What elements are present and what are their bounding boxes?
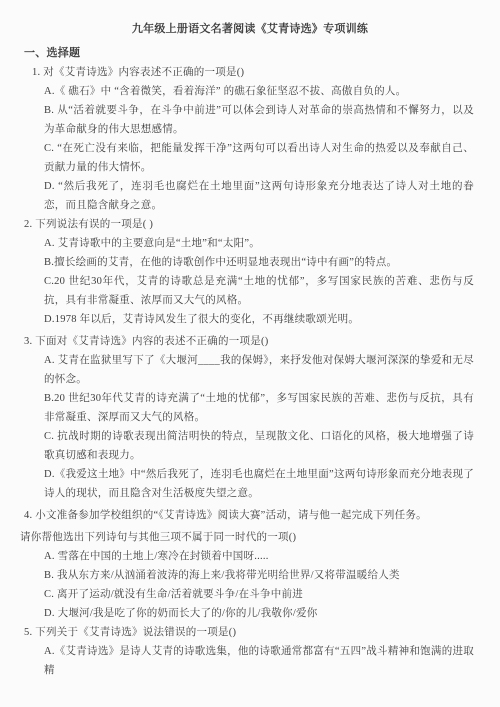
question-4-option-a: A. 雪落在中国的土地上/寒冷在封锁着中国呀..... <box>44 547 474 566</box>
document-page: 九年级上册语文名著阅读《艾青诗选》专项训练 一、选择题 1. 对《艾青诗选》内容… <box>0 0 500 707</box>
question-3-option-a: A. 艾青在监狱里写下了《大堰河____我的保姆》，来抒发他对保姆大堰河深深的挚… <box>44 351 474 389</box>
question-4-option-c: C. 离开了运动/就没有生命/活着就要斗争/在斗争中前进 <box>44 585 474 604</box>
section-header: 一、选择题 <box>24 44 500 63</box>
question-4-option-b: B. 我从东方来/从汹涌着波涛的海上来/我将带光明给世界/又将带温暖给人类 <box>44 566 474 585</box>
question-5-stem: 5. 下列关于《艾青诗选》说法错误的一项是() <box>24 623 480 642</box>
question-2-option-b: B.擅长绘画的艾青，在他的诗歌创作中还明显地表现出“诗中有画”的特点。 <box>44 253 474 272</box>
question-3: 3. 下面对《艾青诗选》内容的表述不正确的一项是() A. 艾青在监狱里写下了《… <box>0 332 500 503</box>
question-1: 1. 对《艾青诗选》内容表述不正确的一项是() A.《 礁石》中 “含着微笑，看… <box>0 63 500 215</box>
question-2-stem: 2. 下列说法有误的一项是( ) <box>24 215 480 234</box>
question-3-option-c: C. 抗战时期的诗歌表现出简洁明快的特点，呈现散文化、口语化的风格，极大地增强了… <box>44 427 474 465</box>
question-1-option-d: D. “然后我死了，连羽毛也腐烂在土地里面”这两句诗形象充分地表达了诗人对土地的… <box>44 177 474 215</box>
question-4-sub-stem: 请你帮他选出下列诗句与其他三项不属于同一时代的一项() <box>20 528 480 547</box>
question-5-option-a: A.《艾青诗选》是诗人艾青的诗歌选集，他的诗歌通常都富有“五四”战斗精神和饱满的… <box>44 642 474 680</box>
question-4: 4. 小文准备参加学校组织的“《艾青诗选》阅读大赛”活动，请与他一起完成下列任务… <box>0 506 500 623</box>
question-3-option-b: B.20 世纪30年代艾青的诗充满了“土地的忧郁”，多写国家民族的苦难、悲伤与反… <box>44 389 474 427</box>
question-4-option-d: D. 大堰河/我是吃了你的奶而长大了的/你的儿/我敬你/爱你 <box>44 604 474 623</box>
question-1-option-b: B. 从“活着就要斗争，在斗争中前进”可以体会到诗人对革命的崇高热情和不懈努力，… <box>44 101 474 139</box>
page-title: 九年级上册语文名著阅读《艾青诗选》专项训练 <box>0 0 500 39</box>
question-1-option-a: A.《 礁石》中 “含着微笑，看着海洋” 的礁石象征坚忍不拔、高傲自负的人。 <box>44 82 474 101</box>
question-2-option-a: A. 艾青诗歌中的主要意向是“土地”和“太阳”。 <box>44 234 474 253</box>
question-2: 2. 下列说法有误的一项是( ) A. 艾青诗歌中的主要意向是“土地”和“太阳”… <box>0 215 500 329</box>
question-3-stem: 3. 下面对《艾青诗选》内容的表述不正确的一项是() <box>24 332 480 351</box>
question-3-option-d: D.《我爱这土地》中“然后我死了，连羽毛也腐烂在土地里面”这两句诗形象而充分地表… <box>44 465 474 503</box>
question-4-stem: 4. 小文准备参加学校组织的“《艾青诗选》阅读大赛”活动，请与他一起完成下列任务… <box>24 506 480 525</box>
question-1-stem: 1. 对《艾青诗选》内容表述不正确的一项是() <box>32 63 480 82</box>
question-2-option-d: D.1978 年以后，艾青诗风发生了很大的变化，不再继续歌颂光明。 <box>44 310 474 329</box>
question-2-option-c: C.20 世纪30年代，艾青的诗歌总是充满“土地的忧郁”，多写国家民族的苦难、悲… <box>44 272 474 310</box>
question-1-option-c: C. “在死亡没有来临，把能量发挥干净”这两句可以看出诗人对生命的热爱以及奉献自… <box>44 139 474 177</box>
question-5: 5. 下列关于《艾青诗选》说法错误的一项是() A.《艾青诗选》是诗人艾青的诗歌… <box>0 623 500 680</box>
